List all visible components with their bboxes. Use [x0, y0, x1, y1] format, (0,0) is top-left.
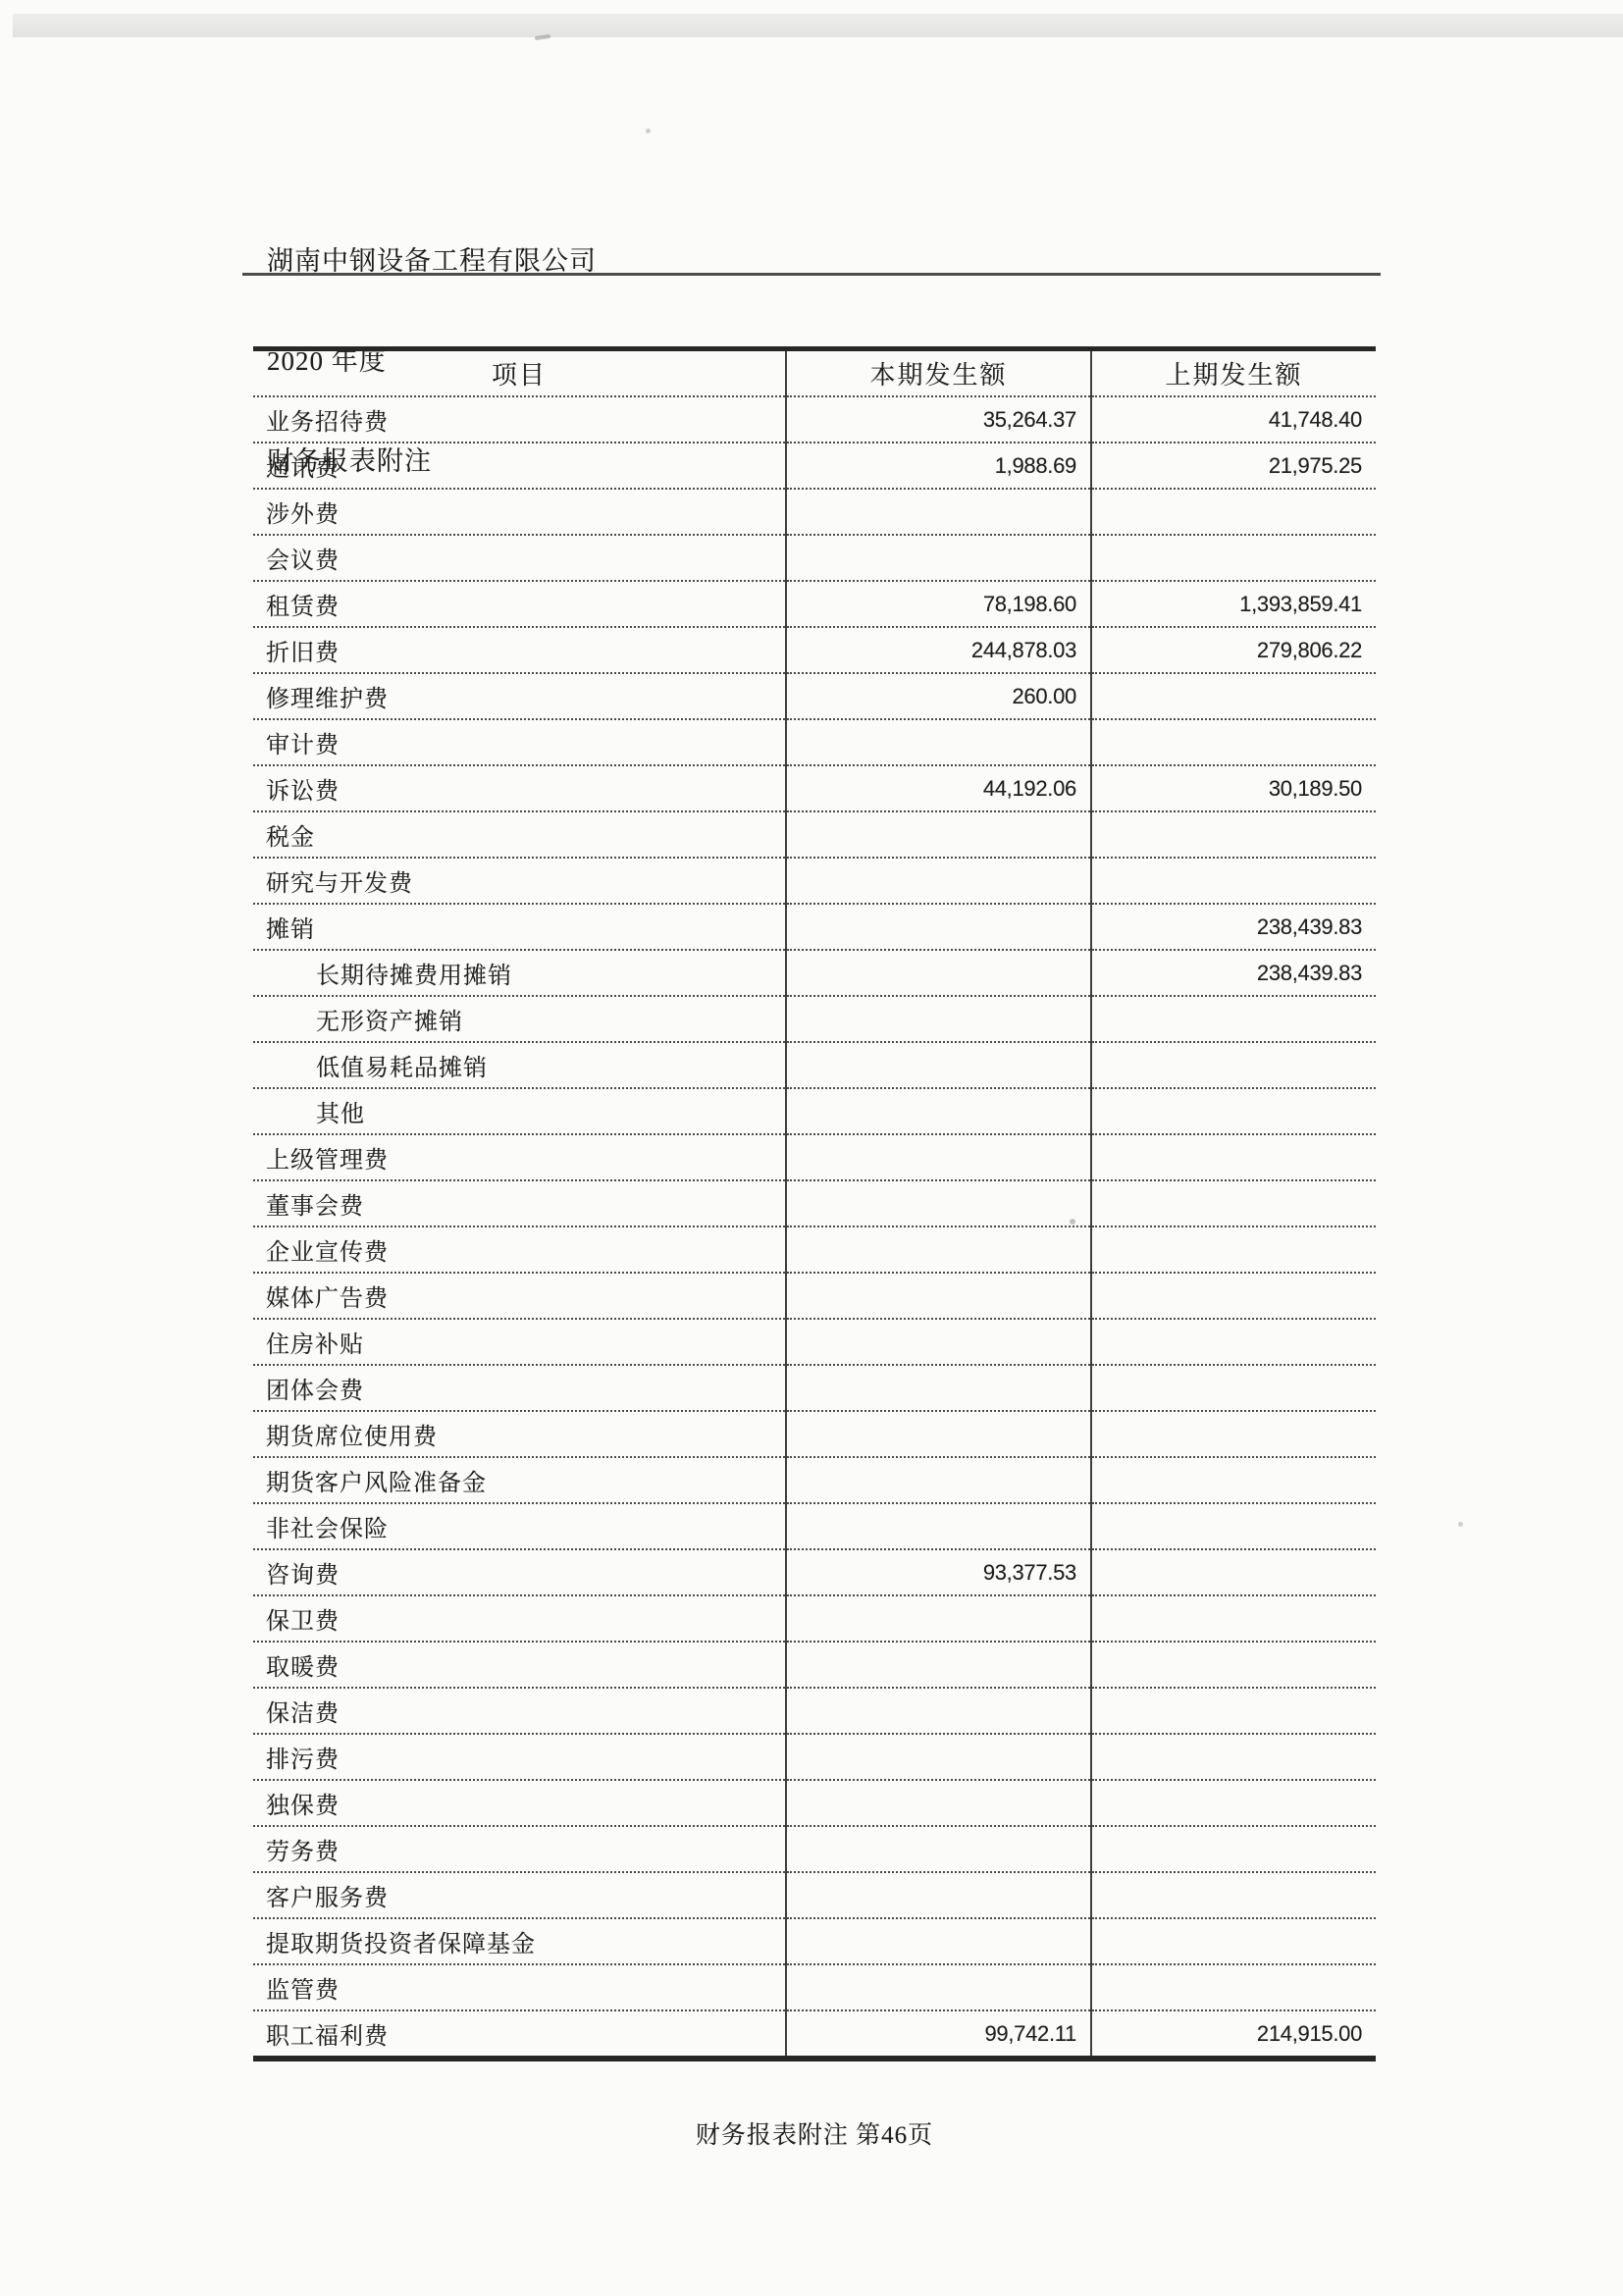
expense-item-label: 取暖费 — [253, 1642, 786, 1688]
table-row: 摊销238,439.83 — [253, 904, 1376, 950]
prior-period-amount — [1091, 1319, 1376, 1365]
table-row: 诉讼费44,192.0630,189.50 — [253, 765, 1376, 811]
expense-item-label: 提取期货投资者保障基金 — [253, 1918, 786, 1964]
expense-item-label: 媒体广告费 — [253, 1273, 786, 1319]
table-row: 职工福利费99,742.11214,915.00 — [253, 2010, 1376, 2059]
expense-item-label: 长期待摊费用摊销 — [253, 950, 786, 996]
prior-period-amount — [1091, 1365, 1376, 1411]
prior-period-amount — [1091, 1273, 1376, 1319]
current-period-amount — [786, 1918, 1091, 1964]
current-period-amount: 93,377.53 — [786, 1549, 1091, 1595]
expense-item-label: 无形资产摊销 — [253, 996, 786, 1042]
current-period-amount — [786, 1503, 1091, 1549]
table-row: 媒体广告费 — [253, 1273, 1376, 1319]
current-period-amount: 99,742.11 — [786, 2010, 1091, 2059]
table-row: 保卫费 — [253, 1595, 1376, 1642]
table-row: 咨询费93,377.53 — [253, 1549, 1376, 1595]
scan-artifact-band — [13, 14, 1623, 37]
expense-item-label: 监管费 — [253, 1964, 786, 2010]
prior-period-amount — [1091, 996, 1376, 1042]
table-row: 期货客户风险准备金 — [253, 1457, 1376, 1503]
table-row: 业务招待费35,264.3741,748.40 — [253, 396, 1376, 443]
table-row: 长期待摊费用摊销238,439.83 — [253, 950, 1376, 996]
prior-period-amount: 21,975.25 — [1091, 443, 1376, 489]
current-period-amount — [786, 1780, 1091, 1826]
document-page: 湖南中钢设备工程有限公司 2020 年度 财务报表附注 项目 本期发生额 上期发… — [0, 0, 1623, 2296]
expense-item-label: 期货客户风险准备金 — [253, 1457, 786, 1503]
expense-item-label: 企业宣传费 — [253, 1226, 786, 1273]
header-rule — [242, 273, 1381, 276]
expense-item-label: 职工福利费 — [253, 2010, 786, 2059]
col-header-item: 项目 — [253, 349, 786, 397]
table-row: 住房补贴 — [253, 1319, 1376, 1365]
expense-item-label: 非社会保险 — [253, 1503, 786, 1549]
expense-item-label: 独保费 — [253, 1780, 786, 1826]
expense-item-label: 涉外费 — [253, 489, 786, 535]
expense-item-label: 客户服务费 — [253, 1872, 786, 1918]
table-row: 独保费 — [253, 1780, 1376, 1826]
current-period-amount — [786, 1273, 1091, 1319]
prior-period-amount — [1091, 1549, 1376, 1595]
current-period-amount — [786, 1411, 1091, 1457]
current-period-amount — [786, 1872, 1091, 1918]
table-row: 通讯费1,988.6921,975.25 — [253, 443, 1376, 489]
expense-item-label: 会议费 — [253, 535, 786, 581]
prior-period-amount — [1091, 1595, 1376, 1642]
expense-item-label: 研究与开发费 — [253, 858, 786, 904]
current-period-amount: 260.00 — [786, 673, 1091, 719]
prior-period-amount — [1091, 1134, 1376, 1180]
prior-period-amount — [1091, 1964, 1376, 2010]
prior-period-amount: 1,393,859.41 — [1091, 581, 1376, 627]
prior-period-amount: 279,806.22 — [1091, 627, 1376, 673]
current-period-amount — [786, 1088, 1091, 1134]
expense-item-label: 修理维护费 — [253, 673, 786, 719]
table-row: 排污费 — [253, 1734, 1376, 1780]
expense-table: 项目 本期发生额 上期发生额 业务招待费35,264.3741,748.40通讯… — [253, 346, 1376, 2061]
prior-period-amount — [1091, 1872, 1376, 1918]
prior-period-amount — [1091, 1918, 1376, 1964]
expense-item-label: 上级管理费 — [253, 1134, 786, 1180]
current-period-amount — [786, 489, 1091, 535]
prior-period-amount: 238,439.83 — [1091, 950, 1376, 996]
prior-period-amount — [1091, 1180, 1376, 1226]
current-period-amount — [786, 1365, 1091, 1411]
expense-item-label: 租赁费 — [253, 581, 786, 627]
prior-period-amount — [1091, 858, 1376, 904]
prior-period-amount — [1091, 1503, 1376, 1549]
current-period-amount — [786, 1964, 1091, 2010]
current-period-amount: 78,198.60 — [786, 581, 1091, 627]
table-row: 其他 — [253, 1088, 1376, 1134]
expense-item-label: 董事会费 — [253, 1180, 786, 1226]
table-header-row: 项目 本期发生额 上期发生额 — [253, 349, 1376, 397]
table-row: 会议费 — [253, 535, 1376, 581]
prior-period-amount — [1091, 535, 1376, 581]
expense-item-label: 其他 — [253, 1088, 786, 1134]
current-period-amount — [786, 1642, 1091, 1688]
prior-period-amount — [1091, 1688, 1376, 1734]
table-row: 劳务费 — [253, 1826, 1376, 1872]
table-row: 税金 — [253, 811, 1376, 858]
table-row: 租赁费78,198.601,393,859.41 — [253, 581, 1376, 627]
current-period-amount: 244,878.03 — [786, 627, 1091, 673]
table-row: 修理维护费260.00 — [253, 673, 1376, 719]
col-header-current-period: 本期发生额 — [786, 349, 1091, 397]
table-row: 折旧费244,878.03279,806.22 — [253, 627, 1376, 673]
prior-period-amount — [1091, 1642, 1376, 1688]
table-row: 保洁费 — [253, 1688, 1376, 1734]
table-row: 非社会保险 — [253, 1503, 1376, 1549]
prior-period-amount — [1091, 1226, 1376, 1273]
prior-period-amount — [1091, 1457, 1376, 1503]
current-period-amount — [786, 1457, 1091, 1503]
prior-period-amount: 238,439.83 — [1091, 904, 1376, 950]
prior-period-amount — [1091, 1780, 1376, 1826]
table-row: 低值易耗品摊销 — [253, 1042, 1376, 1088]
current-period-amount — [786, 1319, 1091, 1365]
expense-item-label: 保卫费 — [253, 1595, 786, 1642]
expense-item-label: 折旧费 — [253, 627, 786, 673]
current-period-amount — [786, 811, 1091, 858]
current-period-amount — [786, 996, 1091, 1042]
table-row: 董事会费 — [253, 1180, 1376, 1226]
expense-item-label: 期货席位使用费 — [253, 1411, 786, 1457]
current-period-amount — [786, 1042, 1091, 1088]
current-period-amount — [786, 1226, 1091, 1273]
prior-period-amount: 30,189.50 — [1091, 765, 1376, 811]
scan-speck — [535, 34, 550, 40]
current-period-amount: 44,192.06 — [786, 765, 1091, 811]
expense-item-label: 团体会费 — [253, 1365, 786, 1411]
scan-speck — [646, 129, 651, 133]
current-period-amount — [786, 1134, 1091, 1180]
current-period-amount — [786, 1595, 1091, 1642]
current-period-amount: 35,264.37 — [786, 396, 1091, 443]
prior-period-amount — [1091, 811, 1376, 858]
prior-period-amount: 41,748.40 — [1091, 396, 1376, 443]
table-row: 企业宣传费 — [253, 1226, 1376, 1273]
expense-item-label: 咨询费 — [253, 1549, 786, 1595]
table-row: 团体会费 — [253, 1365, 1376, 1411]
prior-period-amount — [1091, 489, 1376, 535]
current-period-amount — [786, 1180, 1091, 1226]
table-row: 取暖费 — [253, 1642, 1376, 1688]
prior-period-amount — [1091, 1088, 1376, 1134]
expense-item-label: 排污费 — [253, 1734, 786, 1780]
table-row: 提取期货投资者保障基金 — [253, 1918, 1376, 1964]
current-period-amount — [786, 1688, 1091, 1734]
expense-item-label: 通讯费 — [253, 443, 786, 489]
page-footer: 财务报表附注 第46页 — [253, 2115, 1376, 2151]
prior-period-amount — [1091, 1826, 1376, 1872]
current-period-amount — [786, 904, 1091, 950]
expense-item-label: 低值易耗品摊销 — [253, 1042, 786, 1088]
current-period-amount — [786, 950, 1091, 996]
expense-item-label: 保洁费 — [253, 1688, 786, 1734]
table-row: 研究与开发费 — [253, 858, 1376, 904]
current-period-amount: 1,988.69 — [786, 443, 1091, 489]
table-row: 涉外费 — [253, 489, 1376, 535]
expense-item-label: 诉讼费 — [253, 765, 786, 811]
expense-item-label: 摊销 — [253, 904, 786, 950]
current-period-amount — [786, 1826, 1091, 1872]
table-row: 无形资产摊销 — [253, 996, 1376, 1042]
prior-period-amount — [1091, 719, 1376, 765]
table-row: 审计费 — [253, 719, 1376, 765]
table-row: 期货席位使用费 — [253, 1411, 1376, 1457]
current-period-amount — [786, 1734, 1091, 1780]
prior-period-amount — [1091, 1042, 1376, 1088]
prior-period-amount — [1091, 673, 1376, 719]
scan-speck — [1458, 1522, 1463, 1527]
expense-item-label: 审计费 — [253, 719, 786, 765]
current-period-amount — [786, 858, 1091, 904]
prior-period-amount: 214,915.00 — [1091, 2010, 1376, 2059]
prior-period-amount — [1091, 1411, 1376, 1457]
table-row: 上级管理费 — [253, 1134, 1376, 1180]
table-row: 监管费 — [253, 1964, 1376, 2010]
expense-item-label: 住房补贴 — [253, 1319, 786, 1365]
expense-item-label: 劳务费 — [253, 1826, 786, 1872]
current-period-amount — [786, 719, 1091, 765]
expense-item-label: 业务招待费 — [253, 396, 786, 443]
table-row: 客户服务费 — [253, 1872, 1376, 1918]
expense-item-label: 税金 — [253, 811, 786, 858]
prior-period-amount — [1091, 1734, 1376, 1780]
col-header-prior-period: 上期发生额 — [1091, 349, 1376, 397]
current-period-amount — [786, 535, 1091, 581]
